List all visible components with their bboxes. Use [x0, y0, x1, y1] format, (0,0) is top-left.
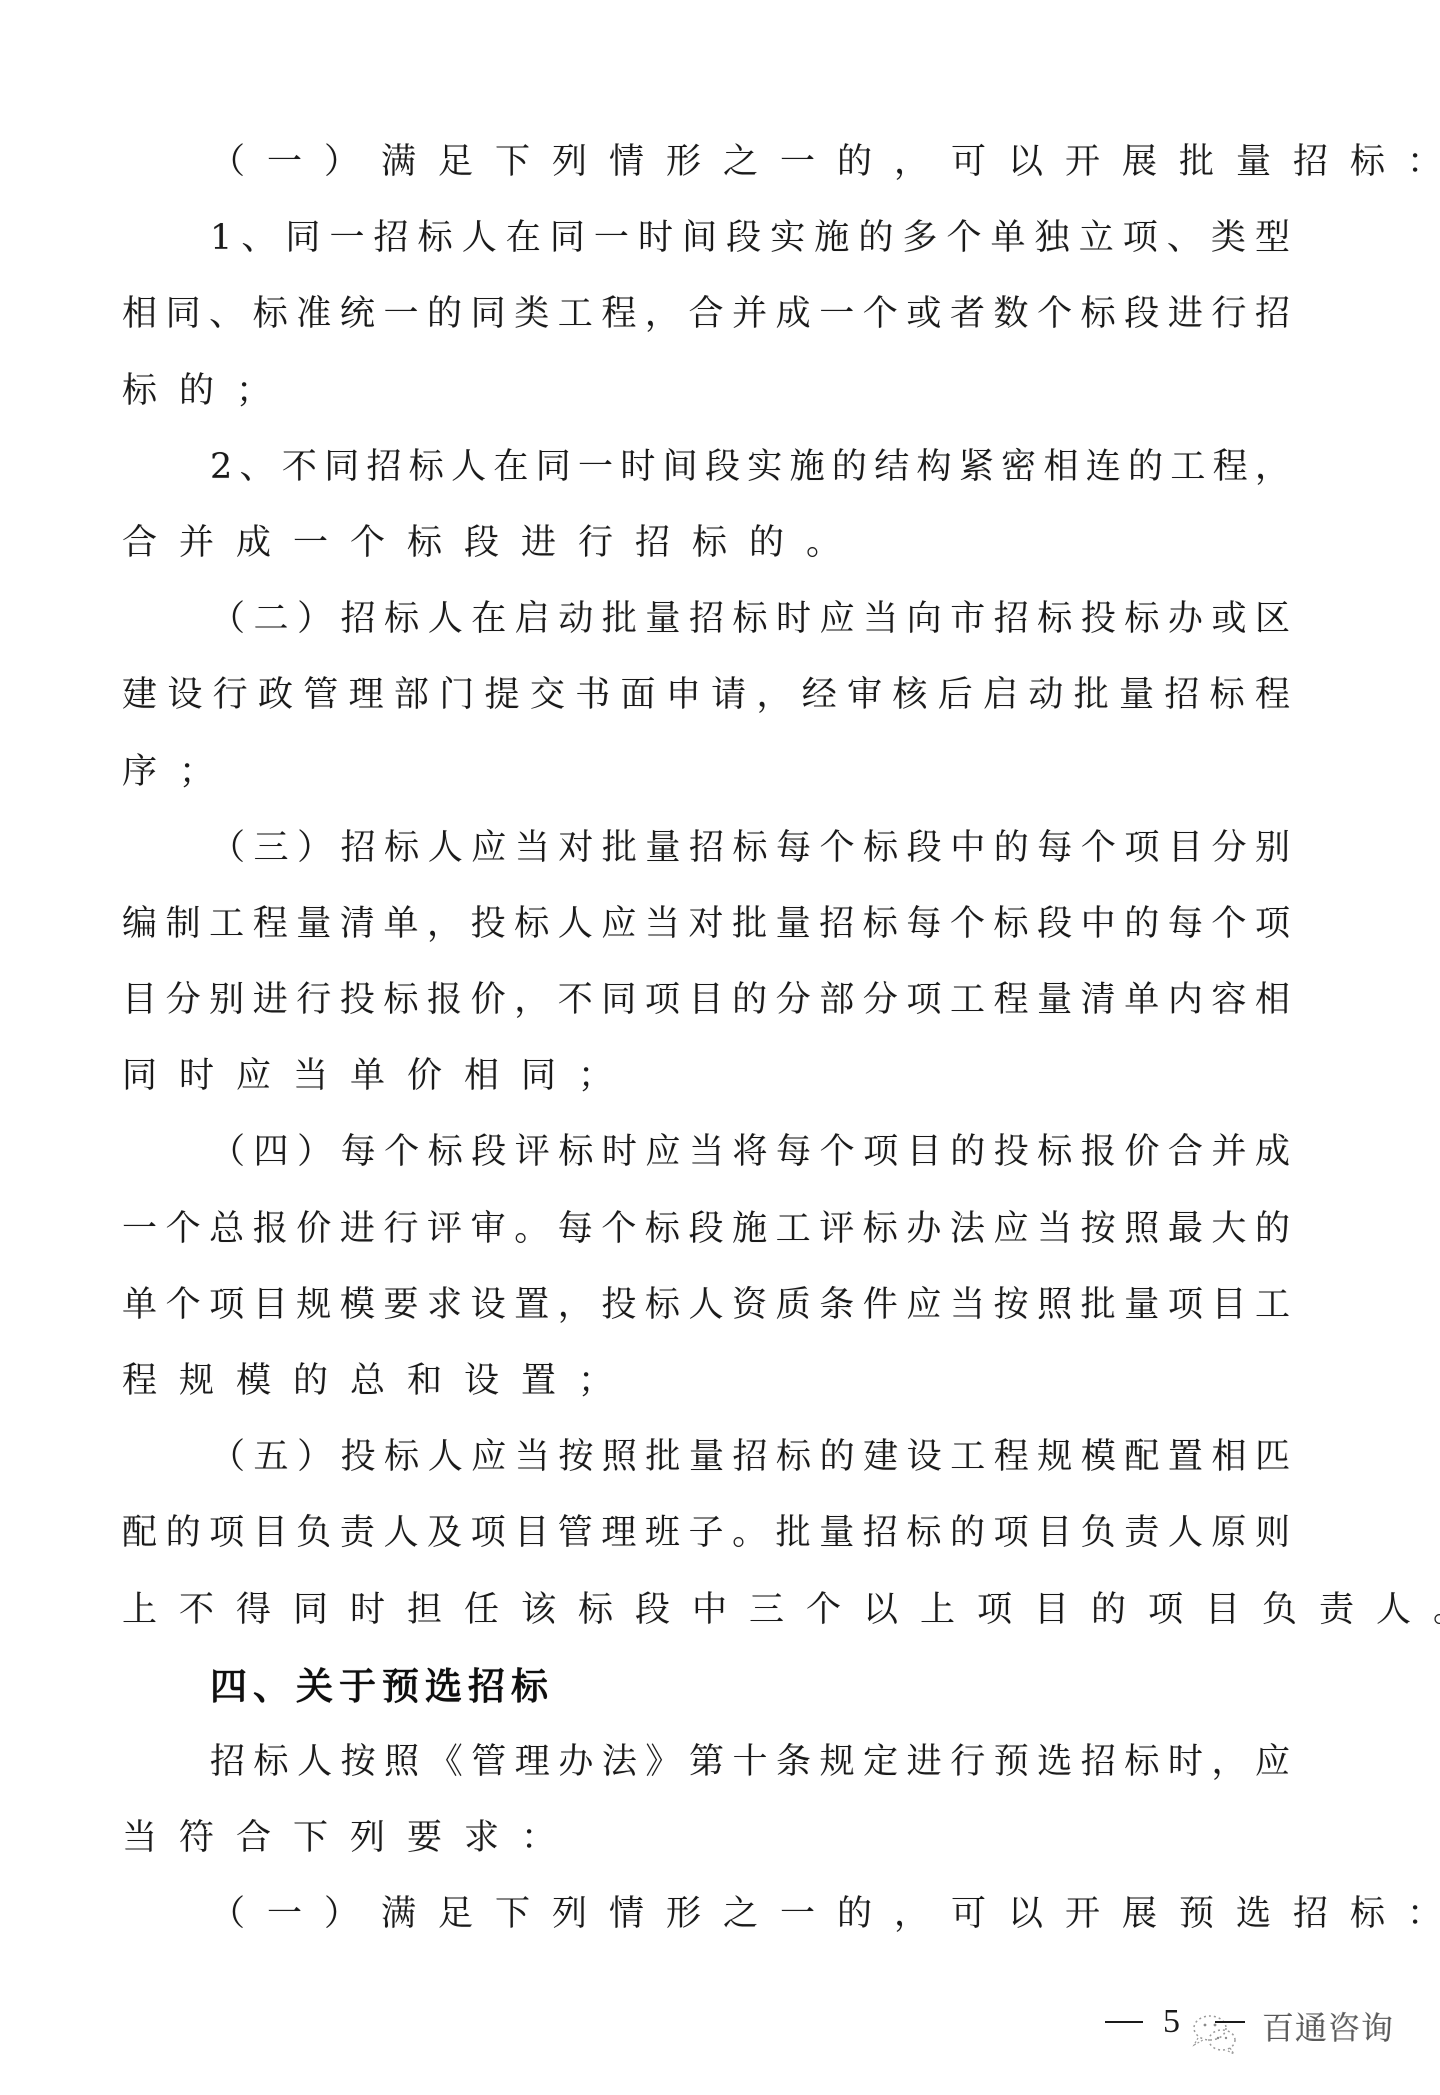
paragraph-line: （二）招标人在启动批量招标时应当向市招标投标办或区: [122, 581, 1290, 657]
paragraph-line: 合并成一个标段进行招标的。: [122, 505, 1290, 581]
paragraph-line: 程规模的总和设置；: [122, 1343, 1290, 1419]
paragraph-line: （五）投标人应当按照批量招标的建设工程规模配置相匹: [122, 1419, 1290, 1495]
page-number-dash-right: [1215, 2021, 1245, 2023]
paragraph-line: 标的；: [122, 353, 1290, 429]
wechat-icon: [1188, 2012, 1244, 2058]
paragraph-line: （四）每个标段评标时应当将每个项目的投标报价合并成: [122, 1114, 1290, 1190]
paragraph-line: 目分别进行投标报价，不同项目的分部分项工程量清单内容相: [122, 962, 1290, 1038]
paragraph-line: 配的项目负责人及项目管理班子。批量招标的项目负责人原则: [122, 1495, 1290, 1571]
page-number: 5: [1163, 2002, 1180, 2042]
paragraph-line: 招标人按照《管理办法》第十条规定进行预选招标时，应: [122, 1724, 1290, 1800]
document-body: （一）满足下列情形之一的，可以开展批量招标： 1、同一招标人在同一时间段实施的多…: [122, 124, 1290, 1953]
paragraph-line: 上不得同时担任该标段中三个以上项目的项目负责人。: [122, 1572, 1290, 1648]
paragraph-line: （一）满足下列情形之一的，可以开展预选招标：: [122, 1876, 1290, 1952]
paragraph-line: 相同、标准统一的同类工程，合并成一个或者数个标段进行招: [122, 276, 1290, 352]
page-number-dash-left: [1105, 2021, 1143, 2023]
paragraph-line: 序；: [122, 734, 1290, 810]
paragraph-line: 编制工程量清单，投标人应当对批量招标每个标段中的每个项: [122, 886, 1290, 962]
paragraph-line: （三）招标人应当对批量招标每个标段中的每个项目分别: [122, 810, 1290, 886]
paragraph-line: 当符合下列要求：: [122, 1800, 1290, 1876]
paragraph-line: 1、同一招标人在同一时间段实施的多个单独立项、类型: [122, 200, 1290, 276]
document-page: （一）满足下列情形之一的，可以开展批量招标： 1、同一招标人在同一时间段实施的多…: [0, 0, 1440, 2095]
paragraph-line: 单个项目规模要求设置，投标人资质条件应当按照批量项目工: [122, 1267, 1290, 1343]
section-heading: 四、关于预选招标: [122, 1648, 1290, 1724]
paragraph-line: 一个总报价进行评审。每个标段施工评标办法应当按照最大的: [122, 1191, 1290, 1267]
page-footer: 5 百通咨询: [1100, 2000, 1420, 2050]
paragraph-line: 2、不同招标人在同一时间段实施的结构紧密相连的工程，: [122, 429, 1290, 505]
paragraph-line: 建设行政管理部门提交书面申请，经审核后启动批量招标程: [122, 657, 1290, 733]
watermark-text: 百通咨询: [1262, 2008, 1394, 2048]
paragraph-line: 同时应当单价相同；: [122, 1038, 1290, 1114]
paragraph-line: （一）满足下列情形之一的，可以开展批量招标：: [122, 124, 1290, 200]
